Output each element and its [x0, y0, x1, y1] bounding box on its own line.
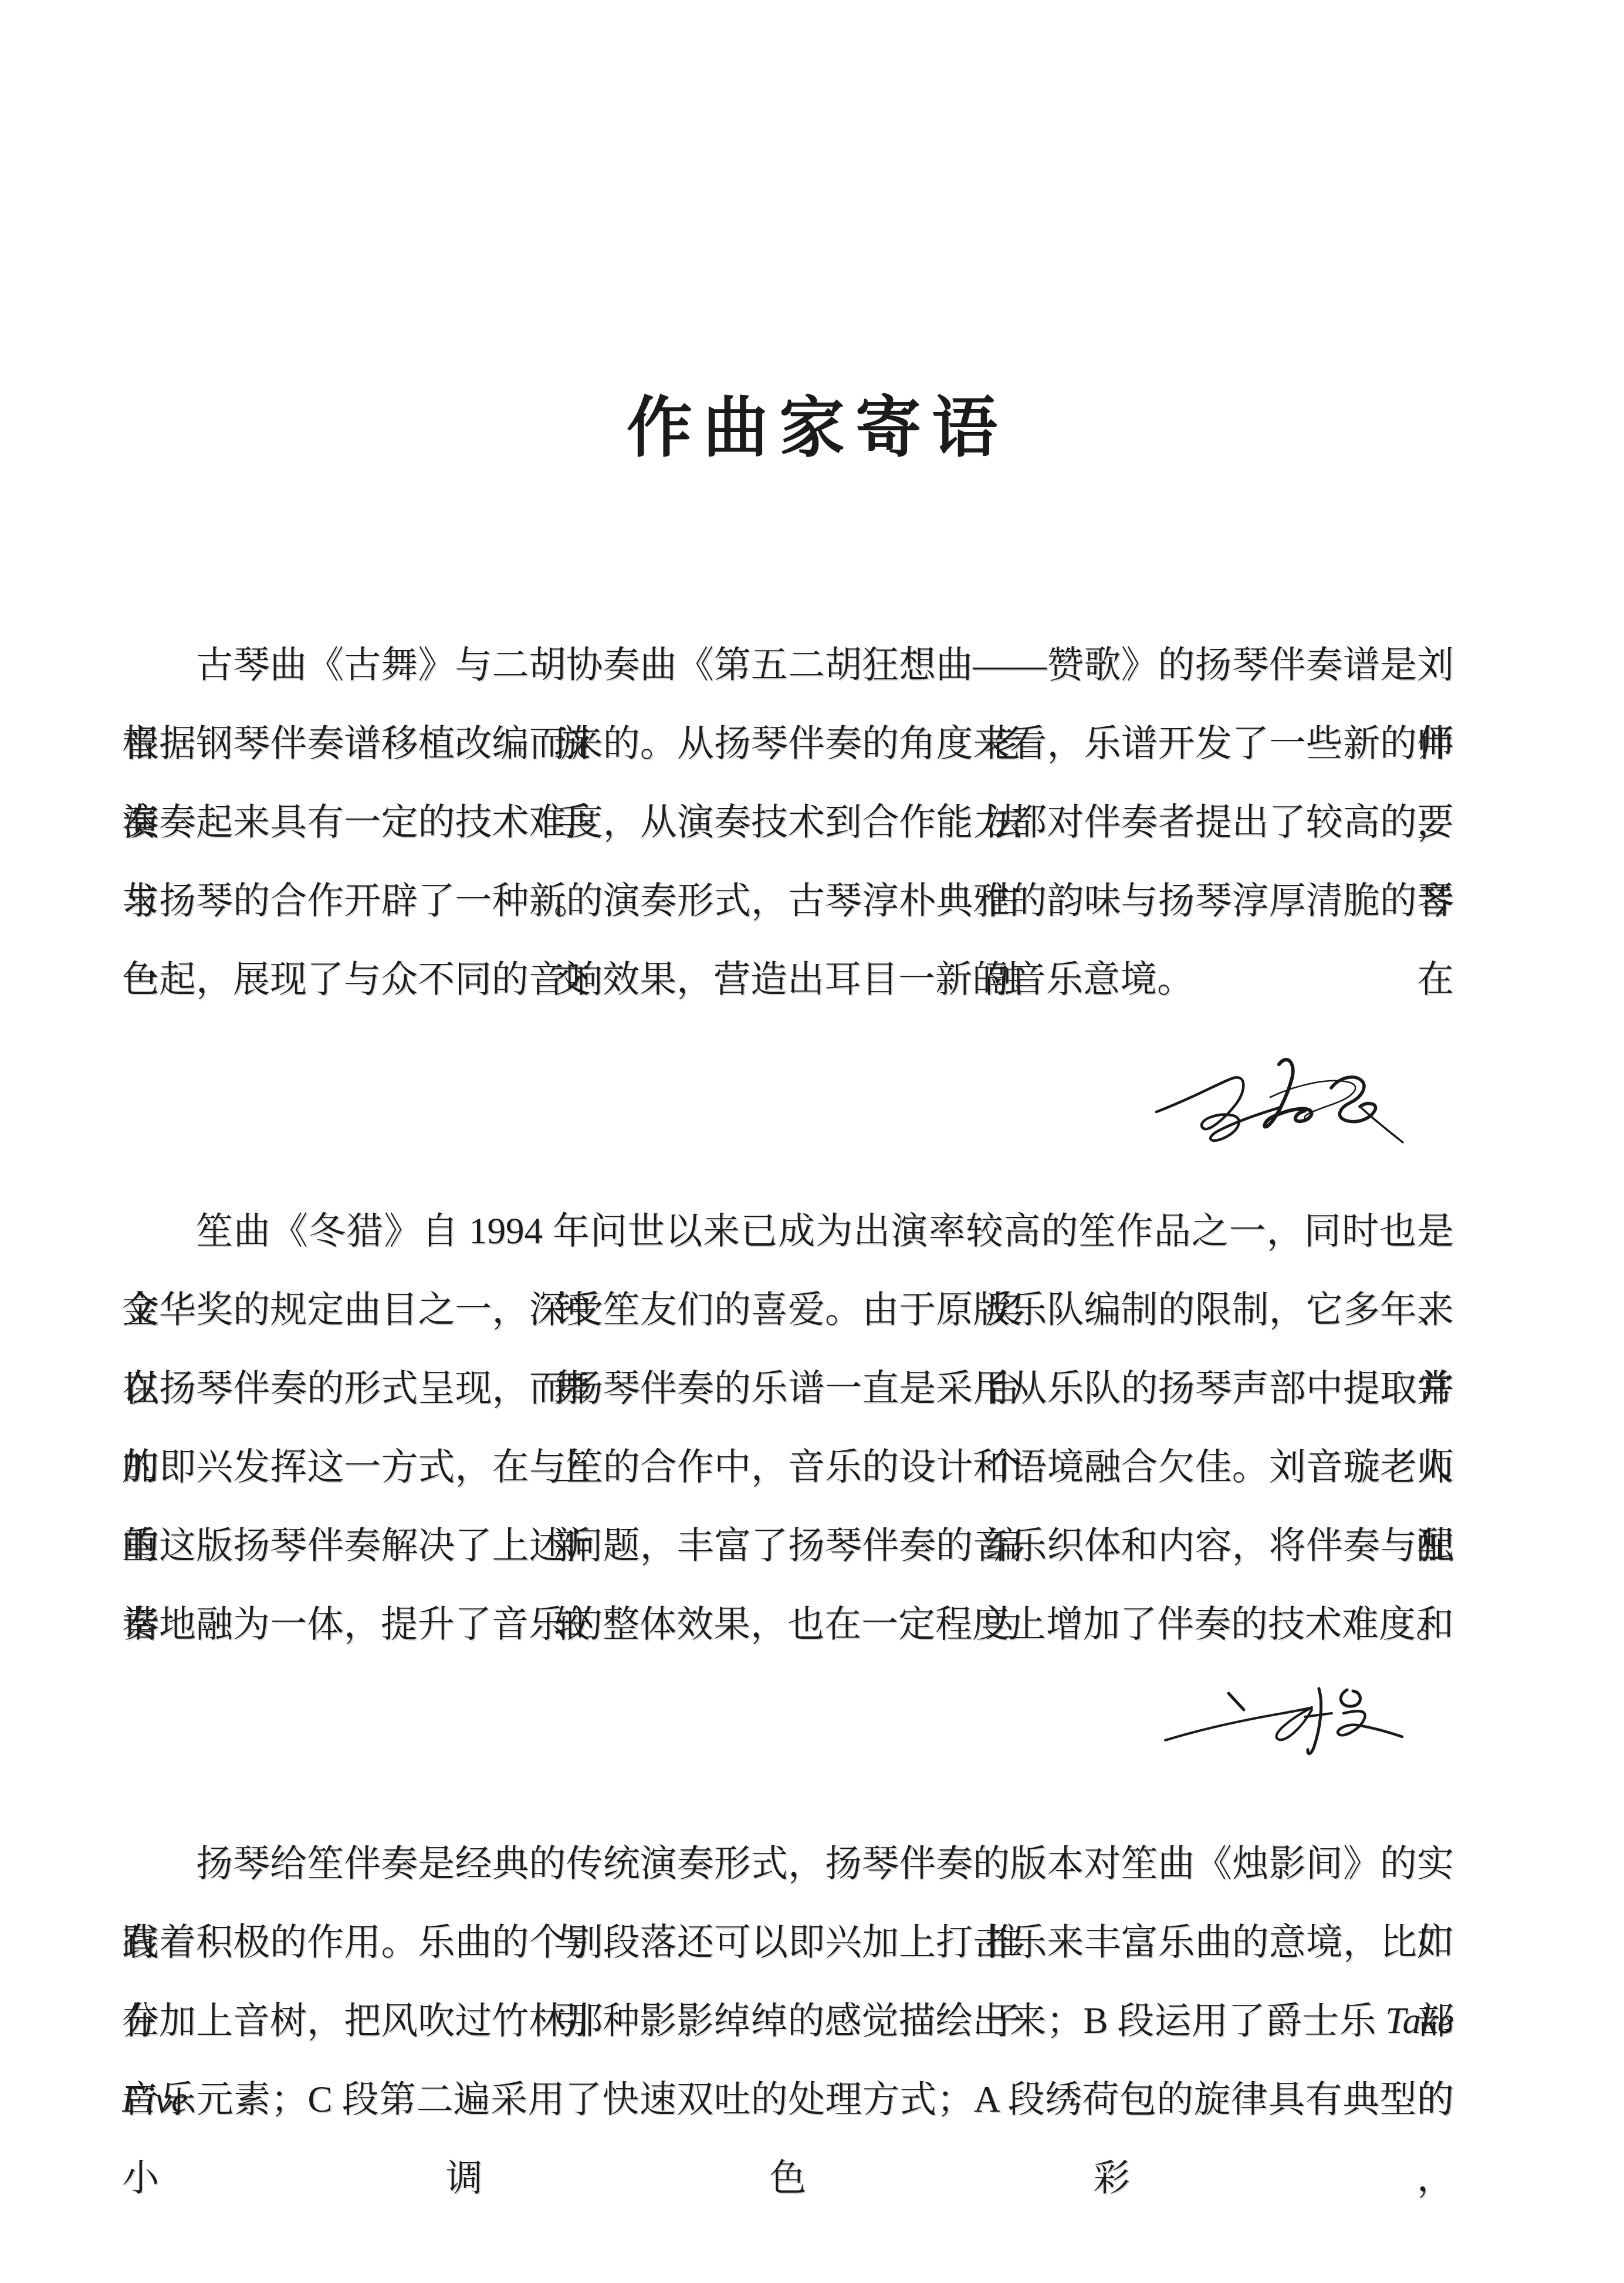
composer-signature-1 [1153, 1051, 1411, 1160]
paragraph-1: 古琴曲《古舞》与二胡协奏曲《第五二胡狂想曲——赞歌》的扬琴伴奏谱是刘音璇老师根据… [122, 625, 1454, 1019]
text-line: 音乐元素；C 段第二遍采用了快速双吐的处理方式；A 段绣荷包的旋律具有典型的小调… [122, 2060, 1454, 2139]
composer-signature-2 [1161, 1683, 1410, 1771]
text-line: 文华奖的规定曲目之一，深受笙友们的喜爱。由于原版乐队编制的限制，它多年来在舞台常 [122, 1270, 1454, 1349]
text-segment: 一起，展现了与众不同的音响效果，营造出耳目一新的音乐意境。 [122, 959, 1194, 1000]
text-line: 以扬琴伴奏的形式呈现，而扬琴伴奏的乐谱一直是采用从乐队的扬琴声部中提取并加上个人 [122, 1349, 1454, 1428]
text-line: 演奏起来具有一定的技术难度，从演奏技术到合作能力都对伴奏者提出了较高的要求。古琴 [122, 783, 1454, 861]
signature-stroke [1165, 1707, 1312, 1740]
text-line: 古琴曲《古舞》与二胡协奏曲《第五二胡狂想曲——赞歌》的扬琴伴奏谱是刘音璇老师 [122, 625, 1454, 704]
text-segment: 音乐元素；C 段第二遍采用了快速双吐的处理方式；A 段绣荷包的旋律具有典型的小调… [122, 2079, 1454, 2199]
text-segment: 谐地融为一体，提升了音乐的整体效果，也在一定程度上增加了伴奏的技术难度。 [122, 1604, 1453, 1645]
text-line: 的即兴发挥这一方式，在与笙的合作中，音乐的设计和语境融合欠佳。刘音璇老师重新编配 [122, 1428, 1454, 1506]
paragraph-2: 笙曲《冬猎》自 1994 年问世以来已成为出演率较高的笙作品之一，同时也是金钟奖… [122, 1192, 1454, 1663]
paragraph-3: 扬琴给笙伴奏是经典的传统演奏形式，扬琴伴奏的版本对笙曲《烛影间》的实践与推广有着… [122, 1824, 1454, 2139]
signature-stroke [1308, 1689, 1321, 1754]
signature-stroke [1338, 1711, 1402, 1737]
signature-stroke [1360, 1107, 1403, 1142]
text-segment: 分加上音树，把风吹过竹林那种影影绰绰的感觉描绘出来；B 段运用了爵士乐 [122, 2000, 1385, 2041]
text-line: 扬琴给笙伴奏是经典的传统演奏形式，扬琴伴奏的版本对笙曲《烛影间》的实践与推广 [122, 1824, 1454, 1903]
page-title: 作曲家寄语 [0, 376, 1624, 470]
signature-stroke [1156, 1077, 1281, 1141]
signature-stroke [1229, 1693, 1244, 1710]
text-line: 的这版扬琴伴奏解决了上述问题，丰富了扬琴伴奏的音乐织体和内容，将伴奏与独奏较为和 [122, 1506, 1454, 1585]
text-line: 有着积极的作用。乐曲的个别段落还可以即兴加上打击乐来丰富乐曲的意境，比如在引子部 [122, 1903, 1454, 1981]
document-page: 作曲家寄语 古琴曲《古舞》与二胡协奏曲《第五二胡狂想曲——赞歌》的扬琴伴奏谱是刘… [0, 0, 1624, 2283]
text-line: 笙曲《冬猎》自 1994 年问世以来已成为出演率较高的笙作品之一，同时也是金钟奖… [122, 1192, 1454, 1270]
text-line: 根据钢琴伴奏谱移植改编而来的。从扬琴伴奏的角度来看，乐谱开发了一些新的伴奏手法， [122, 704, 1454, 783]
text-line: 分加上音树，把风吹过竹林那种影影绰绰的感觉描绘出来；B 段运用了爵士乐 Take… [122, 1981, 1454, 2060]
text-line: 与扬琴的合作开辟了一种新的演奏形式，古琴淳朴典雅的韵味与扬琴淳厚清脆的音色交融在 [122, 861, 1454, 940]
text-line: 谐地融为一体，提升了音乐的整体效果，也在一定程度上增加了伴奏的技术难度。 [122, 1585, 1454, 1663]
signature-stroke [1341, 1690, 1360, 1706]
